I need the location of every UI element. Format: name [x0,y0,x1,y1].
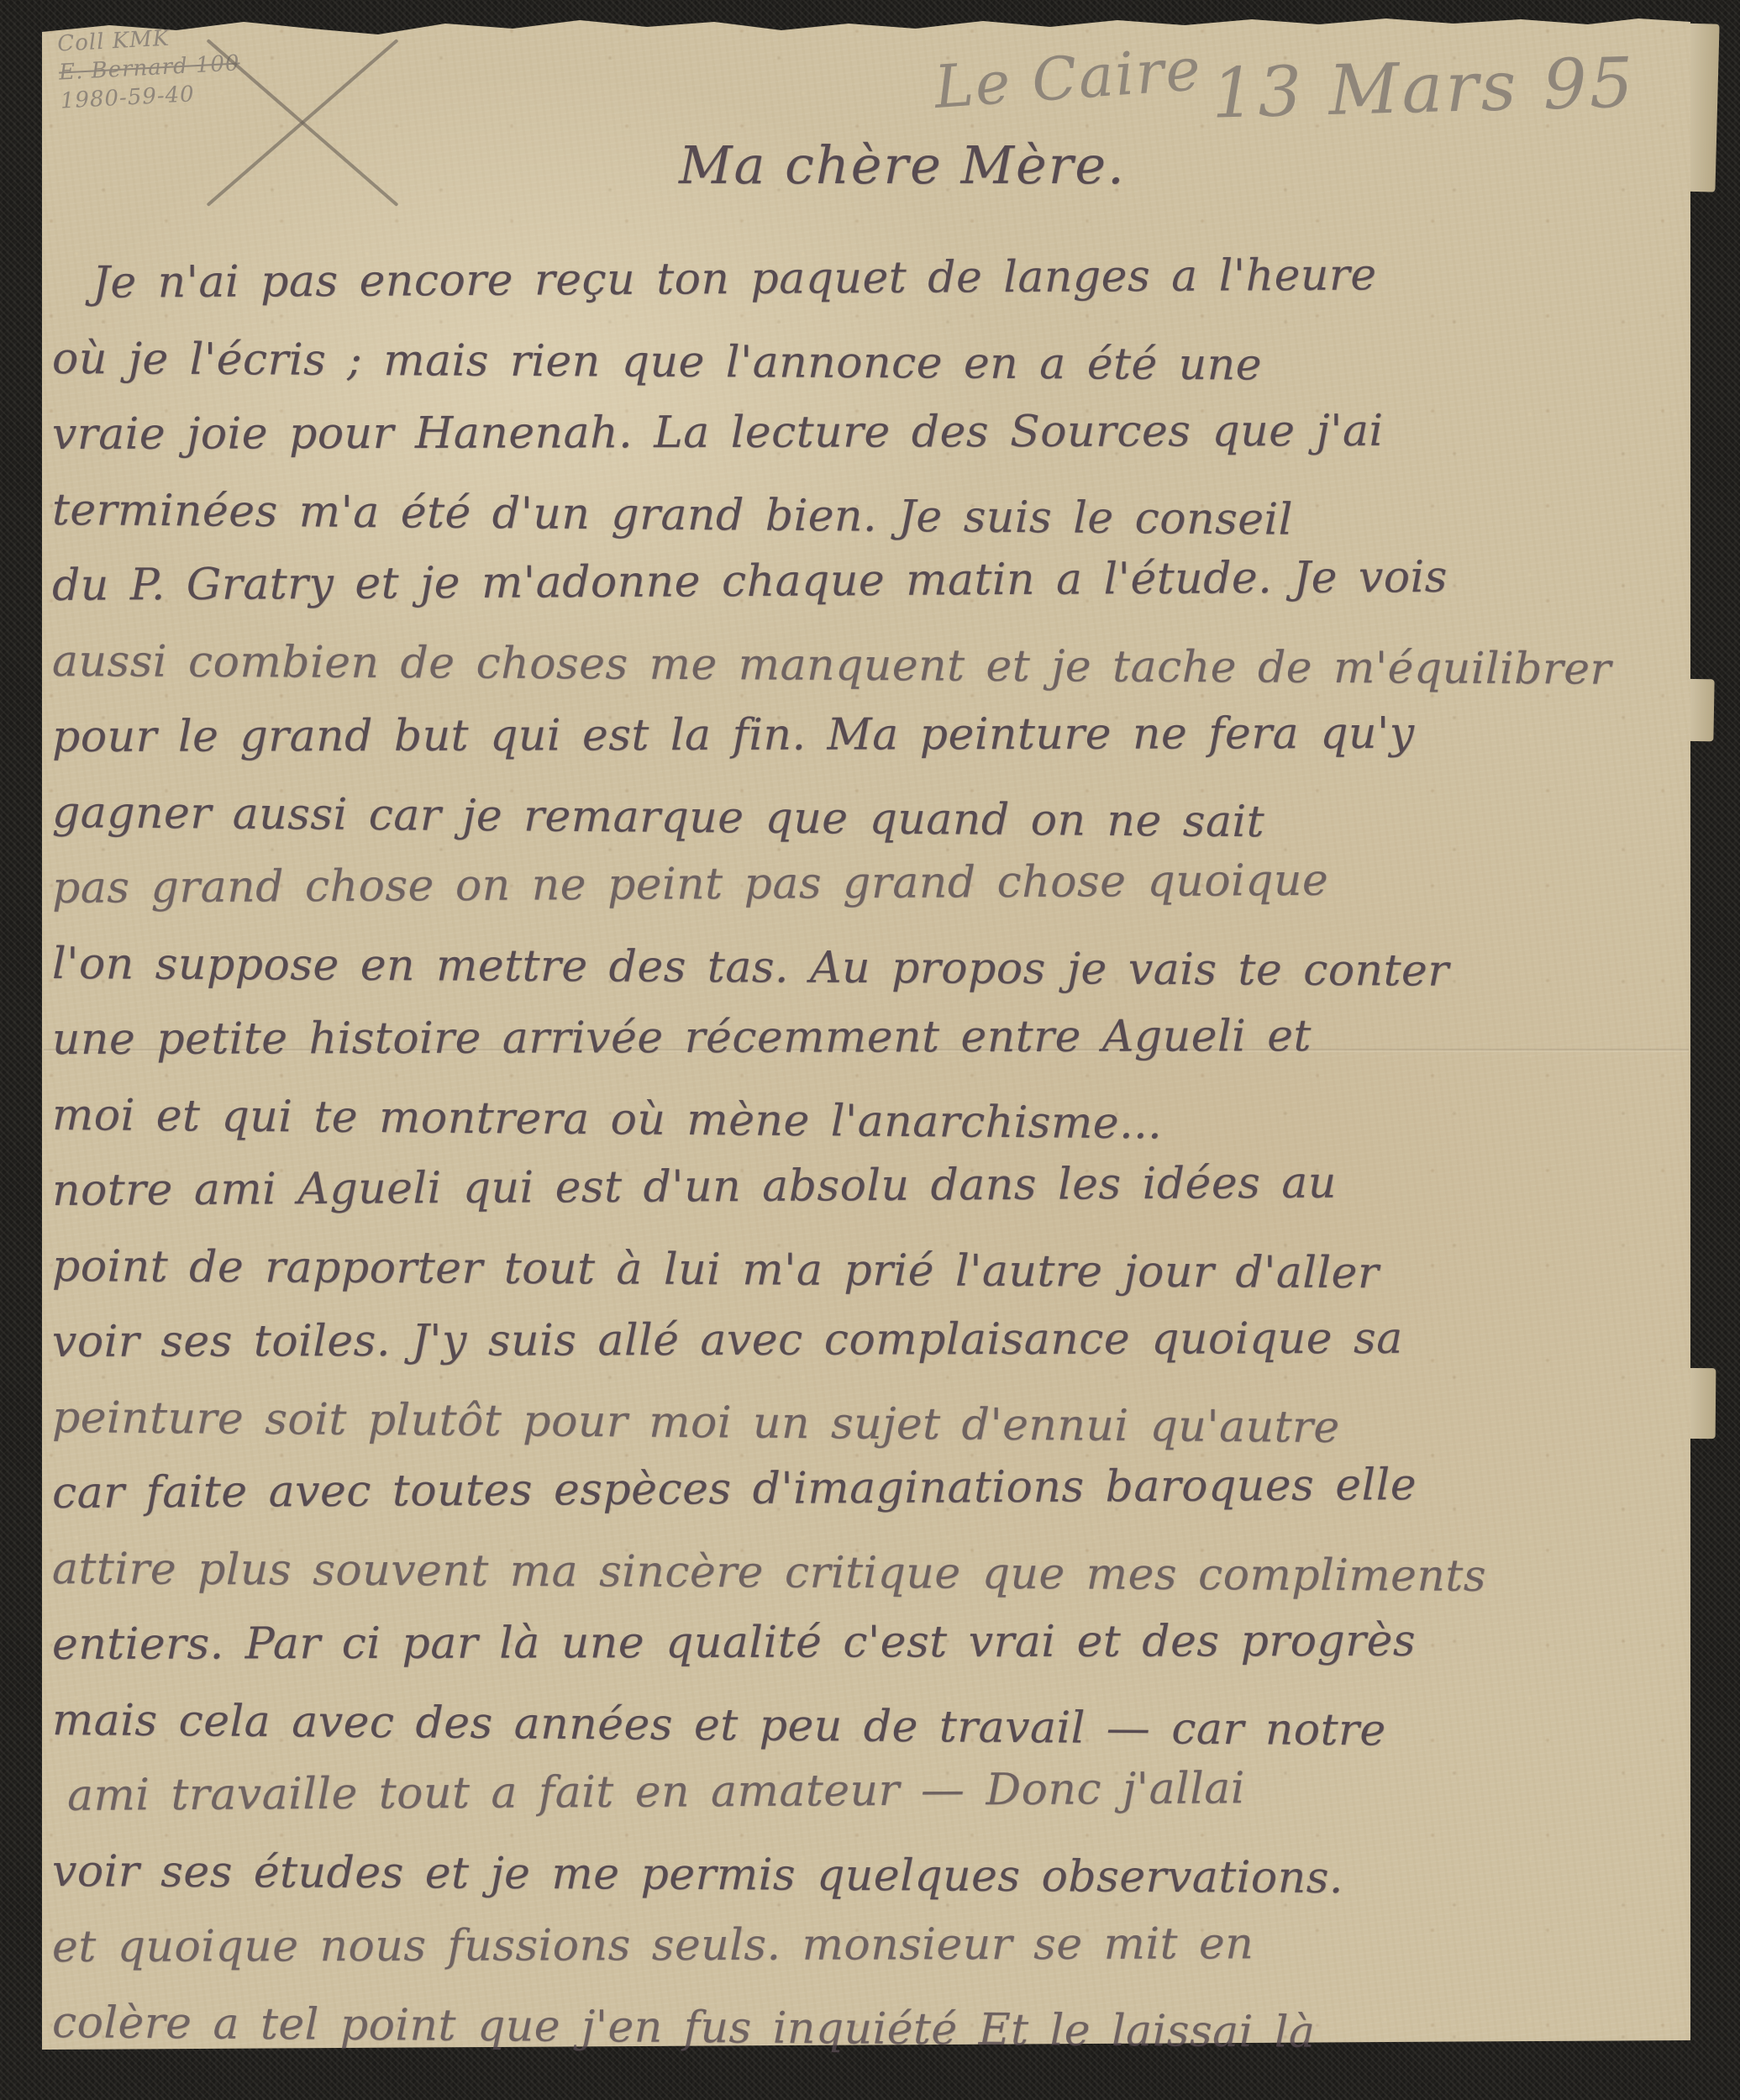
pencil-x-mark [206,39,399,207]
letter-line: du P. Gratry et je m'adonne chaque matin… [52,538,1691,624]
letter-line: pour le grand but qui est la fin. Ma pei… [52,695,1690,775]
letter-body: Je n'ai pas encore reçu ton paquet de la… [52,245,1690,2061]
letter-line: ami travaille tout a fait en amateur — D… [52,1748,1691,1834]
letter-line: Je n'ai pas encore reçu ton paquet de la… [52,235,1691,321]
letter-line: voir ses toiles. J'y suis allé avec comp… [52,1300,1690,1380]
letter-scan: { "document": { "kind": "handwritten-let… [0,0,1740,2100]
letter-line: et quoique nous fussions seuls. monsieur… [52,1905,1690,1985]
letter-salutation: Ma chère Mère. [679,134,1126,196]
letter-line: vraie joie pour Hanenah. La lecture des … [52,392,1690,472]
letter-line: notre ami Agueli qui est d'un absolu dan… [52,1143,1691,1229]
letter-line: car faite avec toutes espèces d'imaginat… [52,1445,1691,1531]
letter-line: pas grand chose on ne peint pas grand ch… [52,840,1691,926]
letter-date: 13 Mars 95 [1211,43,1637,134]
letter-line: entiers. Par ci par là une qualité c'est… [52,1603,1690,1682]
letter-line: une petite histoire arrivée récemment en… [52,997,1690,1077]
letter-line: colère a tel point que j'en fus inquiété… [52,1985,1691,2073]
